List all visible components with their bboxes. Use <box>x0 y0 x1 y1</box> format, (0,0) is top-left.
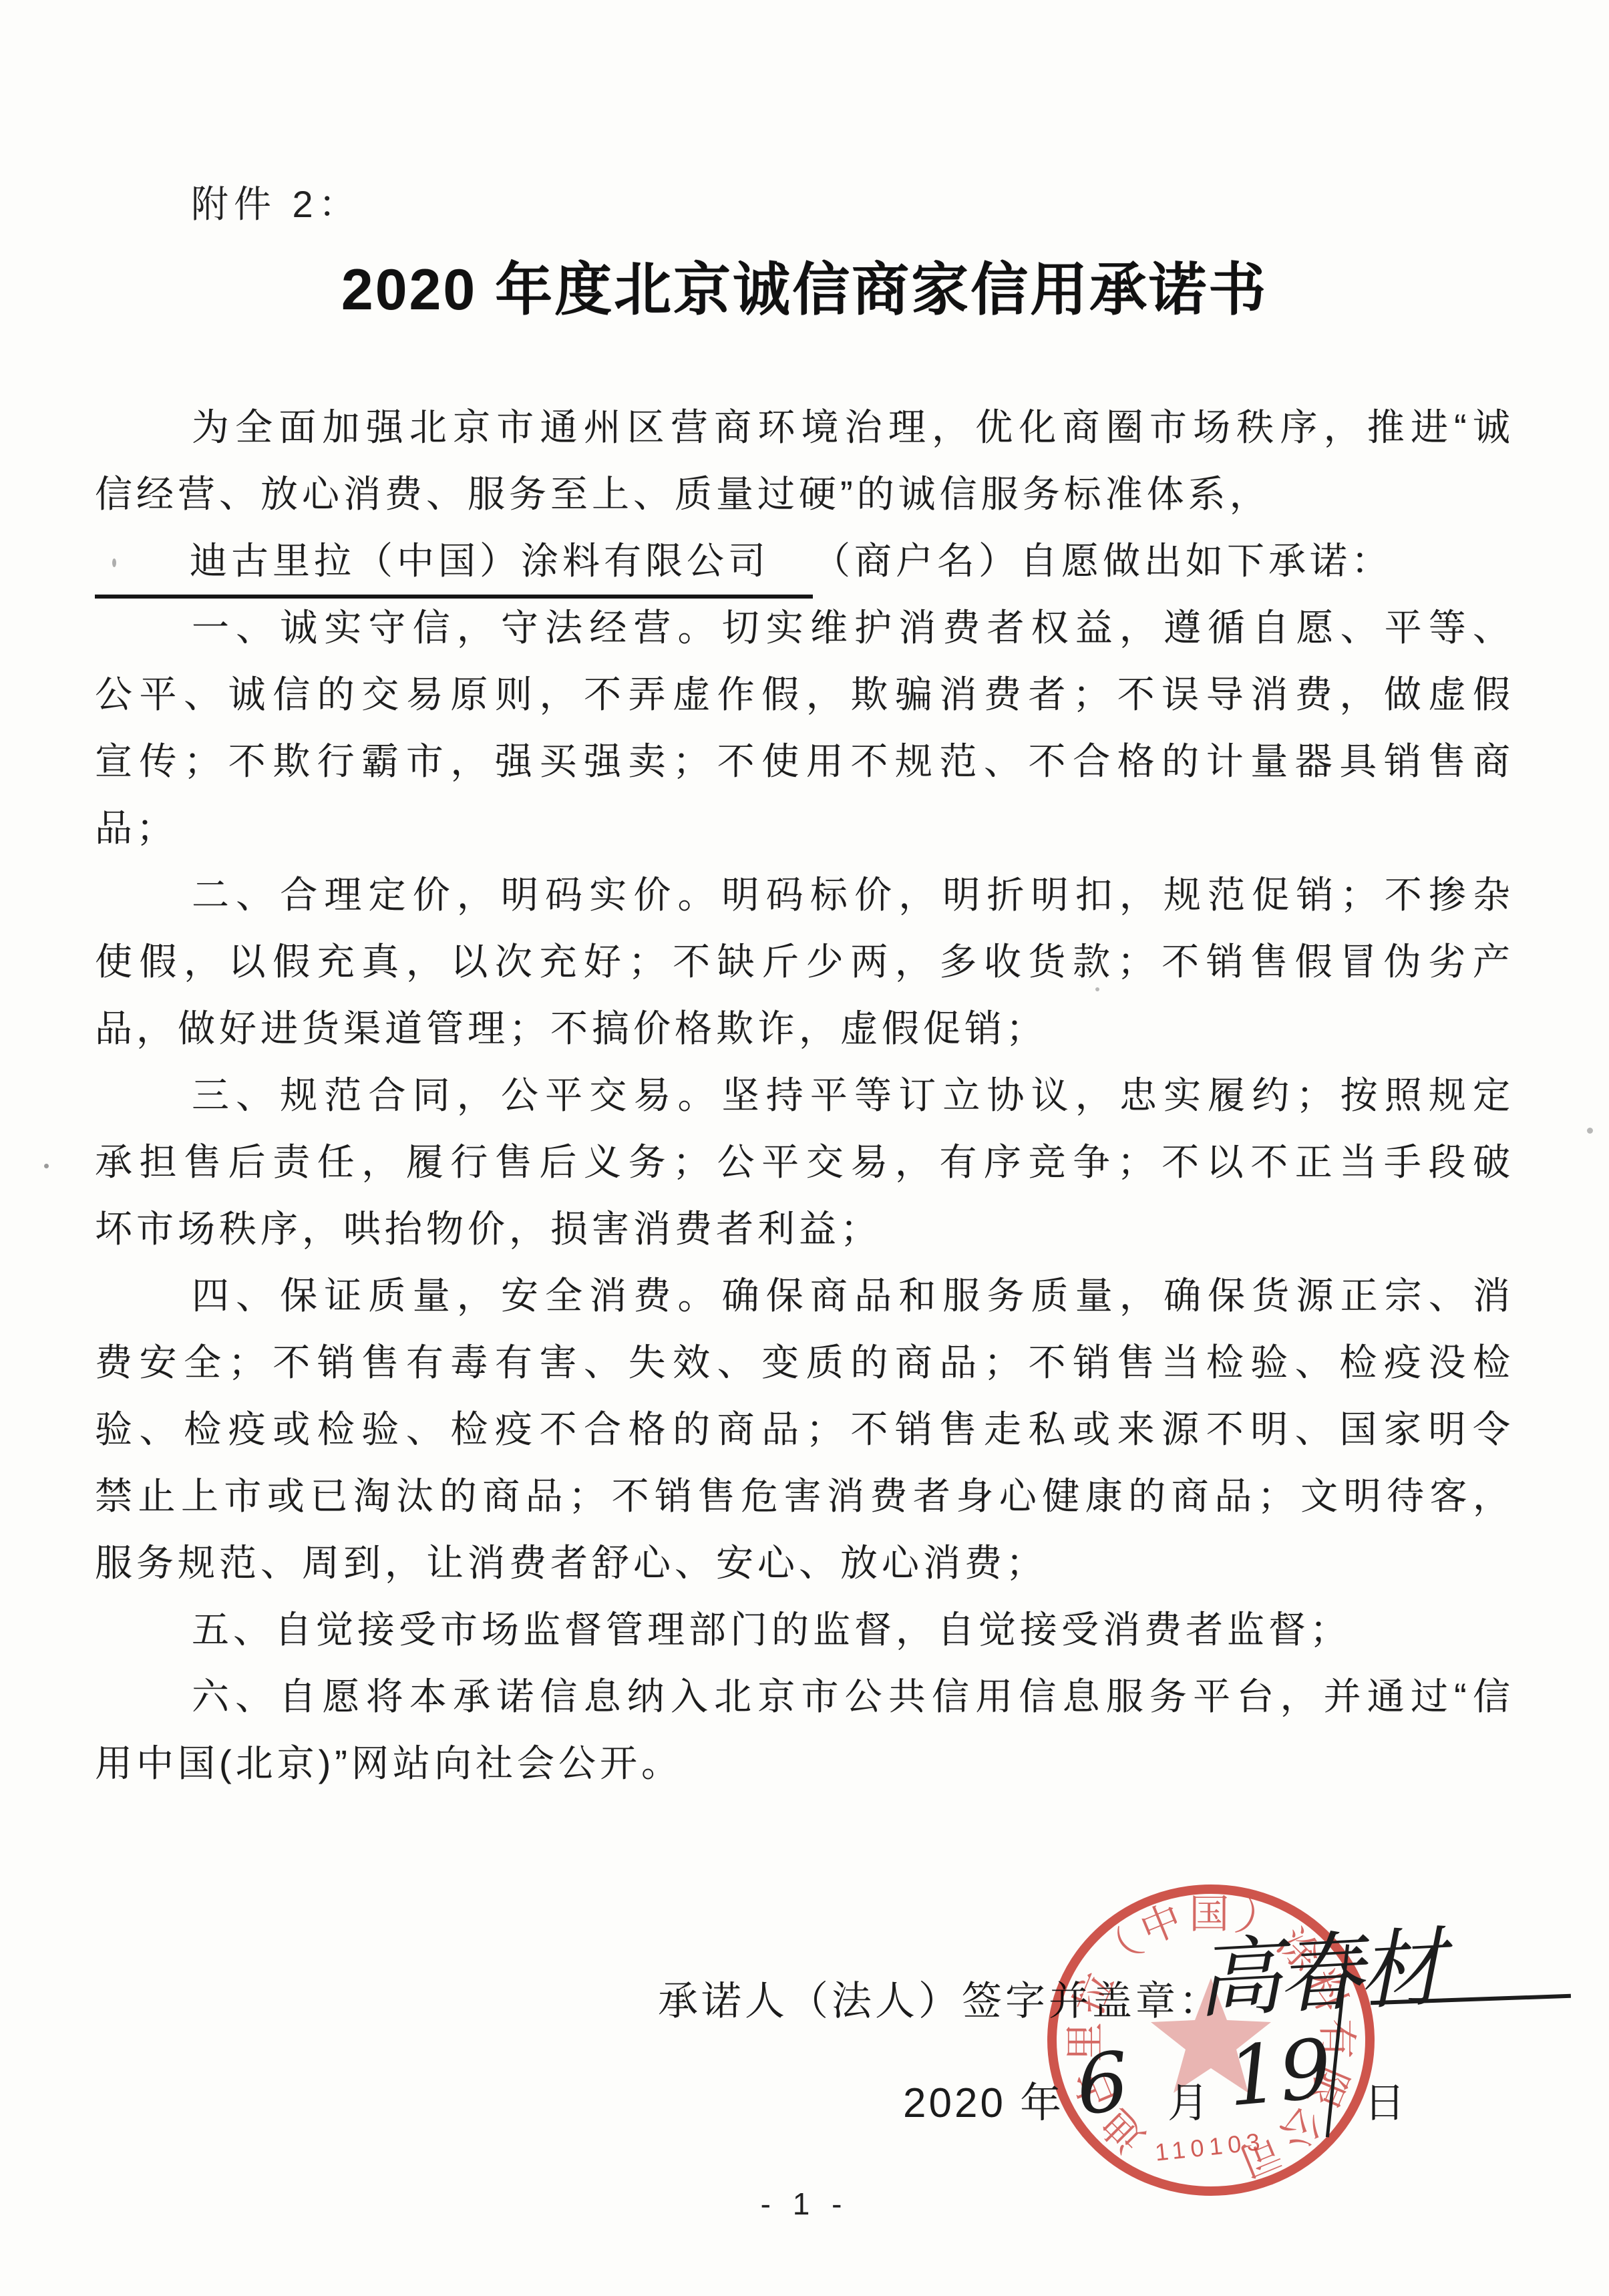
document-title: 2020 年度北京诚信商家信用承诺书 <box>0 243 1609 326</box>
scan-speck <box>112 558 116 567</box>
body-line: 费安全；不销售有毒有害、失效、变质的商品；不销售当检验、检疫没检 <box>95 1329 1514 1396</box>
body-line: 六、自愿将本承诺信息纳入北京市公共信用信息服务平台，并通过“信 <box>95 1663 1514 1730</box>
company-line-suffix: （商户名）自愿做出如下承诺： <box>813 540 1393 582</box>
date-month-unit: 月 <box>1168 2070 1212 2129</box>
body-line: 禁止上市或已淘汰的商品；不销售危害消费者身心健康的商品；文明待客， <box>95 1463 1514 1530</box>
body-line: 四、保证质量，安全消费。确保商品和服务质量，确保货源正宗、消 <box>95 1263 1514 1329</box>
date-day-unit: 日 <box>1364 2070 1408 2129</box>
body-line: 信经营、放心消费、服务至上、质量过硬”的诚信服务标准体系， <box>95 461 1514 528</box>
body-line: 公平、诚信的交易原则，不弄虚作假，欺骗消费者；不误导消费，做虚假 <box>95 661 1514 728</box>
date-year-printed: 2020 年 <box>903 2070 1064 2129</box>
date-day-handwritten: 19 <box>1224 2021 1335 2125</box>
company-name-underlined: 迪古里拉（中国）涂料有限公司 <box>95 528 813 599</box>
body-line: 三、规范合同，公平交易。坚持平等订立协议，忠实履约；按照规定 <box>95 1062 1514 1129</box>
document-body: 为全面加强北京市通州区营商环境治理，优化商圈市场秩序，推进“诚 信经营、放心消费… <box>95 394 1514 1797</box>
body-line: 验、检疫或检验、检疫不合格的商品；不销售走私或来源不明、国家明令 <box>95 1396 1514 1463</box>
attachment-label: 附件 2： <box>191 175 361 228</box>
body-line: 使假，以假充真，以次充好；不缺斤少两，多收货款；不销售假冒伪劣产 <box>95 929 1514 995</box>
company-name-line: 迪古里拉（中国）涂料有限公司（商户名）自愿做出如下承诺： <box>95 528 1514 595</box>
body-line: 承担售后责任，履行售后义务；公平交易，有序竞争；不以不正当手段破 <box>95 1129 1514 1196</box>
body-line: 五、自觉接受市场监督管理部门的监督，自觉接受消费者监督； <box>95 1597 1514 1663</box>
body-line: 用中国(北京)”网站向社会公开。 <box>95 1730 1514 1797</box>
scan-speck <box>1095 987 1099 991</box>
handwritten-signature: 高春材 <box>1192 1899 1443 2035</box>
body-line: 一、诚实守信，守法经营。切实维护消费者权益，遵循自愿、平等、 <box>95 595 1514 661</box>
scan-speck <box>44 1164 49 1168</box>
scan-speck <box>1587 1128 1593 1134</box>
body-line: 为全面加强北京市通州区营商环境治理，优化商圈市场秩序，推进“诚 <box>95 394 1514 461</box>
body-line: 品，做好进货渠道管理；不搞价格欺诈，虚假促销； <box>95 995 1514 1062</box>
body-line: 服务规范、周到，让消费者舒心、安心、放心消费； <box>95 1530 1514 1597</box>
body-line: 坏市场秩序，哄抬物价，损害消费者利益； <box>95 1196 1514 1263</box>
date-month-handwritten: 6 <box>1073 2034 1133 2133</box>
body-line: 品； <box>95 795 1514 862</box>
scanned-document-page: 附件 2： 2020 年度北京诚信商家信用承诺书 为全面加强北京市通州区营商环境… <box>0 0 1609 2296</box>
body-line: 宣传；不欺行霸市，强买强卖；不使用不规范、不合格的计量器具销售商 <box>95 728 1514 795</box>
body-line: 二、合理定价，明码实价。明码标价，明折明扣，规范促销；不掺杂 <box>95 862 1514 929</box>
